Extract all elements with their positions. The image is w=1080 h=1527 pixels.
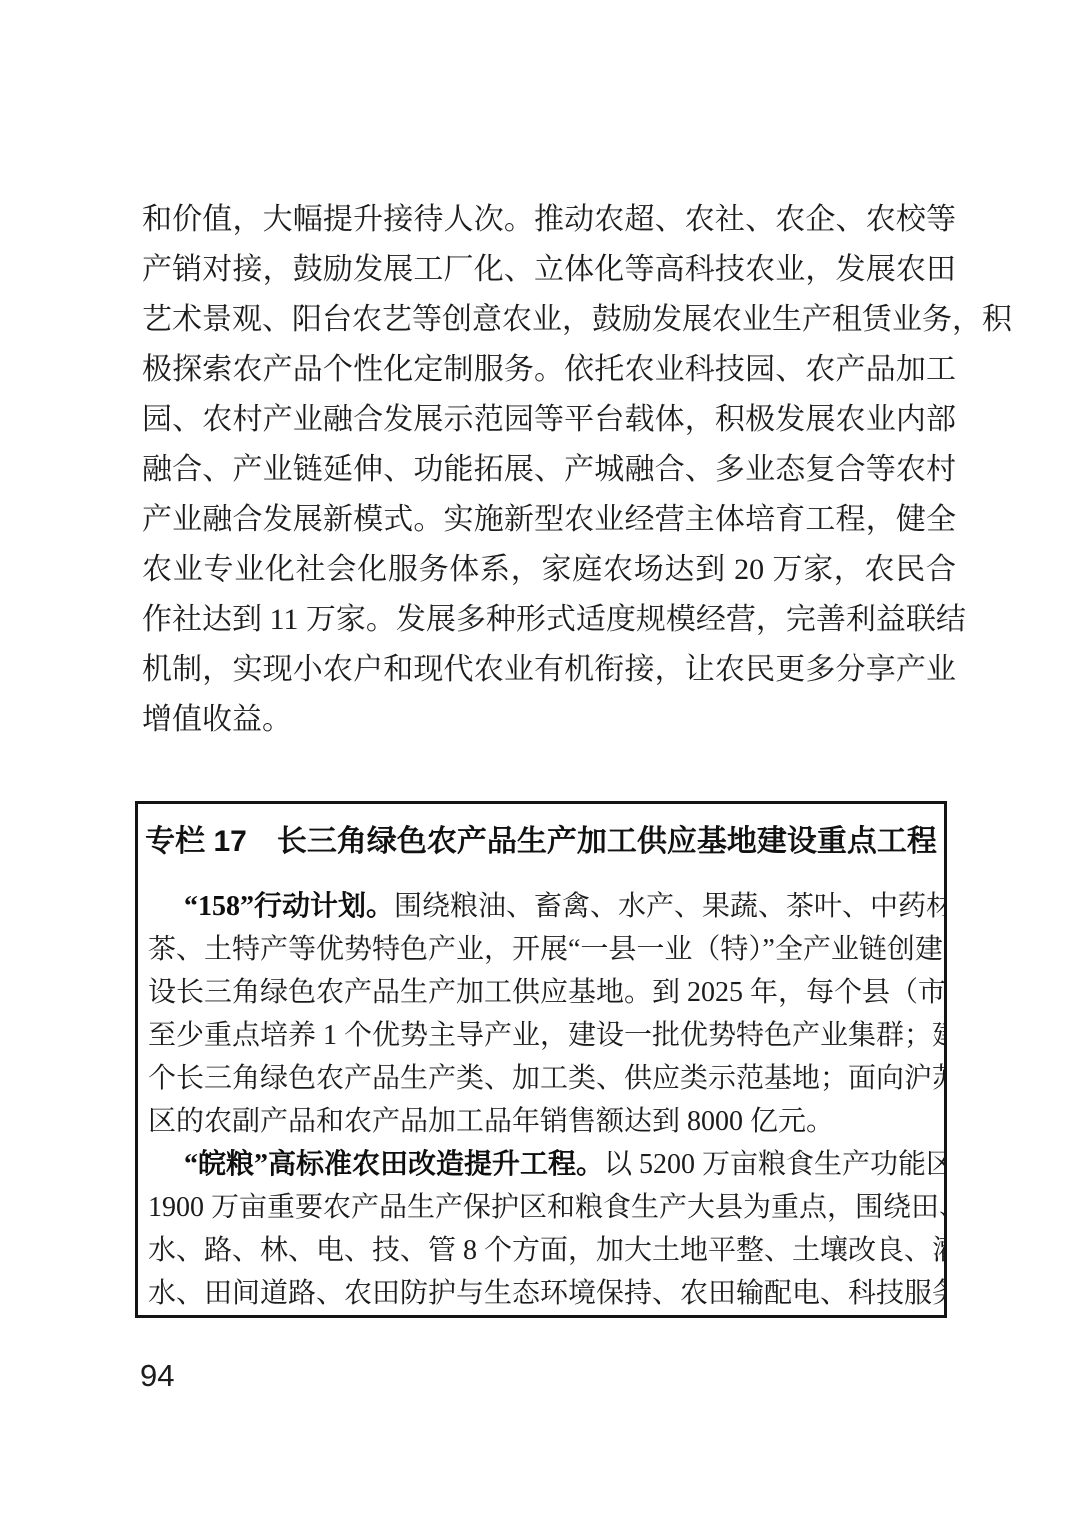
- panel-line: 1900 万亩重要农产品生产保护区和粮食生产大县为重点，围绕田、土、: [148, 1186, 936, 1229]
- panel-line: 水、田间道路、农田防护与生态环境保持、农田输配电、科技服务、建: [148, 1272, 936, 1315]
- body-text-block: 和价值，大幅提升接待人次。推动农超、农社、农企、农校等 产销对接，鼓励发展工厂化…: [142, 195, 956, 745]
- body-line: 艺术景观、阳台农艺等创意农业，鼓励发展农业生产租赁业务，积: [142, 295, 956, 345]
- sidebar-box-17: 专栏 17 长三角绿色农产品生产加工供应基地建设重点工程 “158”行动计划。围…: [135, 801, 947, 1318]
- document-page: 和价值，大幅提升接待人次。推动农超、农社、农企、农校等 产销对接，鼓励发展工厂化…: [0, 0, 1080, 1527]
- panel-line: “158”行动计划。围绕粮油、畜禽、水产、果蔬、茶叶、中药材、油: [148, 885, 936, 928]
- body-line: 融合、产业链延伸、功能拓展、产城融合、多业态复合等农村: [142, 445, 956, 495]
- panel-body: “158”行动计划。围绕粮油、畜禽、水产、果蔬、茶叶、中药材、油 茶、土特产等优…: [138, 885, 944, 1315]
- body-line: 产业融合发展新模式。实施新型农业经营主体培育工程，健全: [142, 495, 956, 545]
- body-line: 作社达到 11 万家。发展多种形式适度规模经营，完善利益联结: [142, 595, 956, 645]
- body-line: 和价值，大幅提升接待人次。推动农超、农社、农企、农校等: [142, 195, 956, 245]
- body-line: 增值收益。: [142, 695, 956, 745]
- panel-line: “皖粮”高标准农田改造提升工程。以 5200 万亩粮食生产功能区、: [148, 1143, 936, 1186]
- page-number: 94: [140, 1358, 174, 1394]
- body-line: 机制，实现小农户和现代农业有机衔接，让农民更多分享产业: [142, 645, 956, 695]
- panel-line: 设长三角绿色农产品生产加工供应基地。到 2025 年，每个县（市、区）: [148, 971, 936, 1014]
- panel-paragraph2-first-rest: 以 5200 万亩粮食生产功能区、: [604, 1149, 947, 1180]
- panel-line: 茶、土特产等优势特色产业，开展“一县一业（特）”全产业链创建，建: [148, 928, 936, 971]
- panel-title: 专栏 17 长三角绿色农产品生产加工供应基地建设重点工程: [138, 804, 944, 868]
- body-line: 园、农村产业融合发展示范园等平台载体，积极发展农业内部: [142, 395, 956, 445]
- panel-paragraph2-lead: “皖粮”高标准农田改造提升工程。: [184, 1149, 604, 1180]
- panel-line: 至少重点培养 1 个优势主导产业，建设一批优势特色产业集群；建立 500: [148, 1014, 936, 1057]
- panel-line: 水、路、林、电、技、管 8 个方面，加大土地平整、土壤改良、灌溉排: [148, 1229, 936, 1272]
- panel-line: 区的农副产品和农产品加工品年销售额达到 8000 亿元。: [148, 1100, 936, 1143]
- panel-paragraph1-first-rest: 围绕粮油、畜禽、水产、果蔬、茶叶、中药材、油: [394, 891, 947, 922]
- body-line: 农业专业化社会化服务体系，家庭农场达到 20 万家，农民合: [142, 545, 956, 595]
- body-line: 极探索农产品个性化定制服务。依托农业科技园、农产品加工: [142, 345, 956, 395]
- body-line: 产销对接，鼓励发展工厂化、立体化等高科技农业，发展农田: [142, 245, 956, 295]
- panel-paragraph1-lead: “158”行动计划。: [184, 891, 394, 922]
- panel-line: 个长三角绿色农产品生产类、加工类、供应类示范基地；面向沪苏浙地: [148, 1057, 936, 1100]
